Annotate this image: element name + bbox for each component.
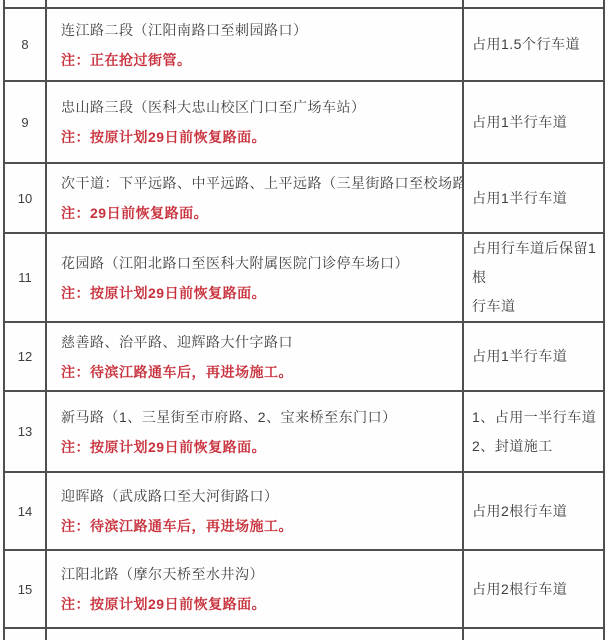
lane-occupancy-cell: 占用行车道后保留1根 行车道 — [463, 233, 604, 322]
construction-note: 注：正在抢过街管。 — [61, 45, 452, 75]
table-row: 15 江阳北路（摩尔天桥至水井沟） 注：按原计划29日前恢复路面。 占用2根行车… — [4, 550, 604, 628]
road-description-cell: 慈善路、治平路、迎辉路大什字路口 注：待滨江路通车后，再进场施工。 — [46, 322, 463, 391]
road-description-cell: 迎晖路（武成路口至大河街路口） 注：待滨江路通车后，再进场施工。 — [46, 472, 463, 550]
road-name: 花园路（江阳北路口至医科大附属医院门诊停车场口） — [61, 248, 452, 278]
construction-note: 注：按原计划29日前恢复路面。 — [61, 432, 452, 462]
row-number: 10 — [4, 163, 46, 233]
construction-note: 注：待滨江路通车后，再进场施工。 — [61, 357, 452, 387]
road-name: 江阳北路（摩尔天桥至水井沟） — [61, 559, 452, 589]
lane-occupancy-line: 占用1半行车道 — [472, 342, 599, 371]
road-name: 迎晖路（武成路口至大河街路口） — [61, 481, 452, 511]
filler-cell — [46, 628, 463, 640]
row-number: 11 — [4, 233, 46, 322]
row-number: 8 — [4, 8, 46, 81]
lane-occupancy-line: 2、封道施工 — [472, 432, 599, 461]
lane-occupancy-cell: 占用1.5个行车道 — [463, 8, 604, 81]
lane-occupancy-line: 占用2根行车道 — [472, 497, 599, 526]
road-name: 新马路（1、三星街至市府路、2、宝来桥至东门口） — [61, 402, 452, 432]
road-construction-table: 8 连江路二段（江阳南路口至刺园路口） 注：正在抢过街管。 占用1.5个行车道 … — [3, 0, 605, 640]
lane-occupancy-cell: 占用1半行车道 — [463, 163, 604, 233]
lane-occupancy-line: 1、占用一半行车道 — [472, 403, 599, 432]
row-number: 15 — [4, 550, 46, 628]
lane-occupancy-cell: 占用2根行车道 — [463, 550, 604, 628]
table-row: 10 次干道：下平远路、中平远路、上平远路（三星街路口至校场路口） 注：29日前… — [4, 163, 604, 233]
filler-cell — [46, 0, 463, 8]
construction-note: 注：按原计划29日前恢复路面。 — [61, 589, 452, 619]
road-description-cell: 花园路（江阳北路口至医科大附属医院门诊停车场口） 注：按原计划29日前恢复路面。 — [46, 233, 463, 322]
lane-occupancy-line: 占用2根行车道 — [472, 575, 599, 604]
road-description-cell: 忠山路三段（医科大忠山校区门口至广场车站） 注：按原计划29日前恢复路面。 — [46, 81, 463, 163]
lane-occupancy-cell: 占用1半行车道 — [463, 322, 604, 391]
construction-note: 注：29日前恢复路面。 — [61, 198, 452, 228]
construction-note: 注：按原计划29日前恢复路面。 — [61, 278, 452, 308]
construction-note: 注：待滨江路通车后，再进场施工。 — [61, 511, 452, 541]
table-row: 9 忠山路三段（医科大忠山校区门口至广场车站） 注：按原计划29日前恢复路面。 … — [4, 81, 604, 163]
road-name: 连江路二段（江阳南路口至刺园路口） — [61, 15, 452, 45]
lane-occupancy-line: 占用1半行车道 — [472, 108, 599, 137]
construction-note: 注：按原计划29日前恢复路面。 — [61, 122, 452, 152]
road-description-cell: 次干道：下平远路、中平远路、上平远路（三星街路口至校场路口） 注：29日前恢复路… — [46, 163, 463, 233]
filler-cell — [463, 0, 604, 8]
table-row: 11 花园路（江阳北路口至医科大附属医院门诊停车场口） 注：按原计划29日前恢复… — [4, 233, 604, 322]
row-number: 9 — [4, 81, 46, 163]
row-number: 13 — [4, 391, 46, 472]
lane-occupancy-cell: 占用1半行车道 — [463, 81, 604, 163]
table-row: 13 新马路（1、三星街至市府路、2、宝来桥至东门口） 注：按原计划29日前恢复… — [4, 391, 604, 472]
lane-occupancy-line: 占用1.5个行车道 — [472, 30, 599, 59]
lane-occupancy-line: 占用1半行车道 — [472, 184, 599, 213]
filler-cell — [4, 628, 46, 640]
lane-occupancy-line: 行车道 — [472, 292, 599, 321]
filler-cell — [463, 628, 604, 640]
table-row: 14 迎晖路（武成路口至大河街路口） 注：待滨江路通车后，再进场施工。 占用2根… — [4, 472, 604, 550]
table-row: 8 连江路二段（江阳南路口至刺园路口） 注：正在抢过街管。 占用1.5个行车道 — [4, 8, 604, 81]
row-number: 12 — [4, 322, 46, 391]
filler-cell — [4, 0, 46, 8]
road-name: 忠山路三段（医科大忠山校区门口至广场车站） — [61, 92, 452, 122]
road-description-cell: 连江路二段（江阳南路口至刺园路口） 注：正在抢过街管。 — [46, 8, 463, 81]
lane-occupancy-cell: 占用2根行车道 — [463, 472, 604, 550]
lane-occupancy-cell: 1、占用一半行车道 2、封道施工 — [463, 391, 604, 472]
road-name: 慈善路、治平路、迎辉路大什字路口 — [61, 327, 452, 357]
road-name: 次干道：下平远路、中平远路、上平远路（三星街路口至校场路口） — [61, 168, 452, 198]
road-description-cell: 江阳北路（摩尔天桥至水井沟） 注：按原计划29日前恢复路面。 — [46, 550, 463, 628]
cropped-row-above — [4, 0, 604, 8]
road-construction-notice-page: 8 连江路二段（江阳南路口至刺园路口） 注：正在抢过街管。 占用1.5个行车道 … — [0, 0, 607, 640]
table-row: 12 慈善路、治平路、迎辉路大什字路口 注：待滨江路通车后，再进场施工。 占用1… — [4, 322, 604, 391]
row-number: 14 — [4, 472, 46, 550]
lane-occupancy-line: 占用行车道后保留1根 — [472, 234, 599, 292]
cropped-row-below — [4, 628, 604, 640]
road-description-cell: 新马路（1、三星街至市府路、2、宝来桥至东门口） 注：按原计划29日前恢复路面。 — [46, 391, 463, 472]
